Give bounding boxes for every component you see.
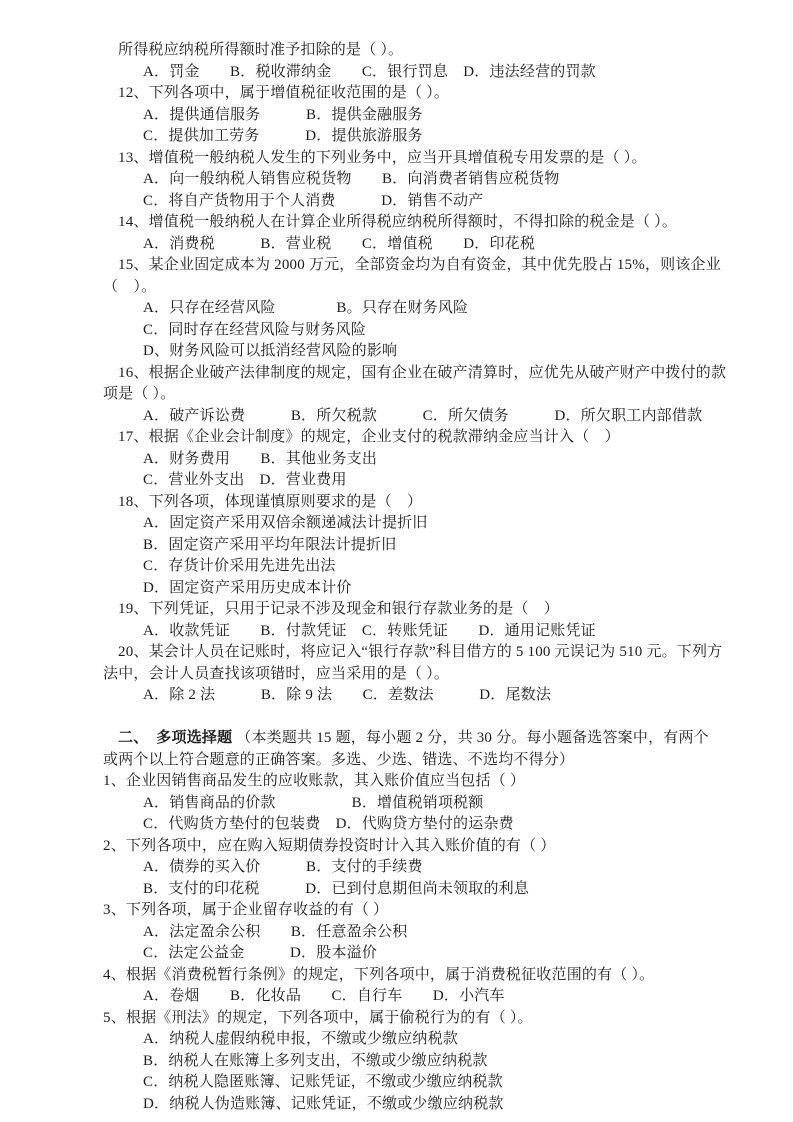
- line-text: 法中，会计人员查找该项错时，应当采用的是（ ）。: [103, 666, 449, 682]
- line-text: C．存货计价采用先进先出法: [143, 558, 336, 574]
- line-text: A．只存在经营风险 B。只存在财务风险: [143, 300, 468, 316]
- line-text: A．法定盈余公积 B．任意盈余公积: [143, 924, 407, 940]
- option-line: A．销售商品的价款 B．增值税销项税额: [103, 793, 713, 815]
- document-lines: 所得税应纳税所得额时准予扣除的是（ ）。A．罚金 B．税收滞纳金 C．银行罚息 …: [0, 0, 793, 1115]
- question-line: 14、增值税一般纳税人在计算企业所得税应纳税所得额时，不得扣除的税金是（ ）。: [103, 212, 713, 234]
- option-line: A．收款凭证 B．付款凭证 C．转账凭证 D．通用记账凭证: [103, 621, 713, 643]
- question-line: 所得税应纳税所得额时准予扣除的是（ ）。: [103, 40, 713, 62]
- line-text: 或两个以上符合题意的正确答案。多选、少选、错选、不选均不得分）: [103, 752, 574, 768]
- blank-line: [103, 707, 713, 729]
- line-text: A．向一般纳税人销售应税货物 B．向消费者销售应税货物: [143, 171, 559, 187]
- line-text: A．罚金 B．税收滞纳金 C．银行罚息 D．违法经营的罚款: [143, 64, 596, 80]
- line-text: D．固定资产采用历史成本计价: [143, 580, 352, 596]
- line-text: 所得税应纳税所得额时准予扣除的是（ ）。: [118, 42, 403, 58]
- line-text: C．法定公益金 D．股本溢价: [143, 945, 377, 961]
- line-text: C．纳税人隐匿账簿、记账凭证，不缴或少缴应纳税款: [143, 1074, 503, 1090]
- option-line: D．固定资产采用历史成本计价: [103, 578, 713, 600]
- question-line: 13、增值税一般纳税人发生的下列业务中，应当开具增值税专用发票的是（ ）。: [103, 148, 713, 170]
- option-line: A．向一般纳税人销售应税货物 B．向消费者销售应税货物: [103, 169, 713, 191]
- line-text: C．将自产货物用于个人消费 D．销售不动产: [143, 193, 483, 209]
- line-text: 20、某会计人员在记账时，将应记入“银行存款”科目借方的 5 100 元误记为 …: [118, 644, 722, 660]
- question-line: 19、下列凭证，只用于记录不涉及现金和银行存款业务的是（ ）: [103, 599, 713, 621]
- option-line: C．代购货方垫付的包装费 D．代购贷方垫付的运杂费: [103, 814, 713, 836]
- question-line: （ ）。: [103, 277, 713, 299]
- option-line: D．纳税人伪造账簿、记账凭证，不缴或少缴应纳税款: [103, 1094, 713, 1116]
- option-line: C．同时存在经营风险与财务风险: [103, 320, 713, 342]
- line-text: （本类题共 15 题，每小题 2 分，共 30 分。每小题备选答案中，有两个: [232, 730, 709, 746]
- question-line: 1、企业因销售商品发生的应收账款，其入账价值应当包括（ ）: [103, 771, 713, 793]
- option-line: B．纳税人在账簿上多列支出，不缴或少缴应纳税款: [103, 1051, 713, 1073]
- option-line: C．将自产货物用于个人消费 D．销售不动产: [103, 191, 713, 213]
- line-text: 4、根据《消费税暂行条例》的规定，下列各项中，属于消费税征收范围的有（ ）。: [103, 967, 654, 983]
- option-line: C．存货计价采用先进先出法: [103, 556, 713, 578]
- question-line: 17、根据《企业会计制度》的规定，企业支付的税款滞纳金应当计入（ ）: [103, 427, 713, 449]
- option-line: C．纳税人隐匿账簿、记账凭证，不缴或少缴应纳税款: [103, 1072, 713, 1094]
- option-line: C．法定公益金 D．股本溢价: [103, 943, 713, 965]
- line-text: 2、下列各项中，应在购入短期债券投资时计入其入账价值的有（ ）: [103, 838, 555, 854]
- line-text: C．同时存在经营风险与财务风险: [143, 322, 366, 338]
- option-line: B．支付的印花税 D．已到付息期但尚未领取的利息: [103, 879, 713, 901]
- line-text: A．除 2 法 B．除 9 法 C．差数法 D．尾数法: [143, 687, 551, 703]
- line-text: B．纳税人在账簿上多列支出，不缴或少缴应纳税款: [143, 1053, 488, 1069]
- section-heading-line: 二、 多项选择题 （本类题共 15 题，每小题 2 分，共 30 分。每小题备选…: [103, 728, 713, 750]
- option-line: D、财务风险可以抵消经营风险的影响: [103, 341, 713, 363]
- line-text: 3、下列各项，属于企业留存收益的有（ ）: [103, 902, 388, 918]
- option-line: A．卷烟 B．化妆品 C．自行车 D．小汽车: [103, 986, 713, 1008]
- line-text: 17、根据《企业会计制度》的规定，企业支付的税款滞纳金应当计入（ ）: [118, 429, 620, 445]
- line-text: 12、下列各项中，属于增值税征收范围的是（ ）。: [118, 85, 449, 101]
- line-text: 项是（ ）。: [103, 386, 175, 402]
- line-text: （ ）。: [103, 279, 156, 295]
- line-text: A．固定资产采用双倍余额递减法计提折旧: [143, 515, 428, 531]
- line-text: B．支付的印花税 D．已到付息期但尚未领取的利息: [143, 881, 529, 897]
- question-line: 或两个以上符合题意的正确答案。多选、少选、错选、不选均不得分）: [103, 750, 713, 772]
- document-page: 所得税应纳税所得额时准予扣除的是（ ）。A．罚金 B．税收滞纳金 C．银行罚息 …: [0, 0, 793, 1122]
- line-text: A．纳税人虚假纳税申报，不缴或少缴应纳税款: [143, 1031, 458, 1047]
- option-line: A．法定盈余公积 B．任意盈余公积: [103, 922, 713, 944]
- question-line: 法中，会计人员查找该项错时，应当采用的是（ ）。: [103, 664, 713, 686]
- option-line: A．固定资产采用双倍余额递减法计提折旧: [103, 513, 713, 535]
- line-text: A．消费税 B．营业税 C．增值税 D．印花税: [143, 236, 535, 252]
- line-text: 5、根据《刑法》的规定，下列各项中，属于偷税行为的有（ ）。: [103, 1010, 533, 1026]
- line-text: A．收款凭证 B．付款凭证 C．转账凭证 D．通用记账凭证: [143, 623, 596, 639]
- option-line: A．只存在经营风险 B。只存在财务风险: [103, 298, 713, 320]
- option-line: A．债券的买入价 B．支付的手续费: [103, 857, 713, 879]
- question-line: 15、某企业固定成本为 2000 万元，全部资金均为自有资金，其中优先股占 15…: [103, 255, 713, 277]
- line-text: C．提供加工劳务 D．提供旅游服务: [143, 128, 423, 144]
- option-line: A．提供通信服务 B．提供金融服务: [103, 105, 713, 127]
- line-text: A．销售商品的价款 B．增值税销项税额: [143, 795, 483, 811]
- option-line: A．破产诉讼费 B．所欠税款 C．所欠债务 D．所欠职工内部借款: [103, 406, 713, 428]
- option-line: B．固定资产采用平均年限法计提折旧: [103, 535, 713, 557]
- line-text: 14、增值税一般纳税人在计算企业所得税应纳税所得额时，不得扣除的税金是（ ）。: [118, 214, 677, 230]
- option-line: A．纳税人虚假纳税申报，不缴或少缴应纳税款: [103, 1029, 713, 1051]
- line-text: A．破产诉讼费 B．所欠税款 C．所欠债务 D．所欠职工内部借款: [143, 408, 702, 424]
- line-text: 13、增值税一般纳税人发生的下列业务中，应当开具增值税专用发票的是（ ）。: [118, 150, 647, 166]
- question-line: 12、下列各项中，属于增值税征收范围的是（ ）。: [103, 83, 713, 105]
- question-line: 20、某会计人员在记账时，将应记入“银行存款”科目借方的 5 100 元误记为 …: [103, 642, 713, 664]
- line-text: 15、某企业固定成本为 2000 万元，全部资金均为自有资金，其中优先股占 15…: [118, 257, 721, 273]
- line-text: C．营业外支出 D．营业费用: [143, 472, 347, 488]
- question-line: 5、根据《刑法》的规定，下列各项中，属于偷税行为的有（ ）。: [103, 1008, 713, 1030]
- question-line: 18、下列各项，体现谨慎原则要求的是（ ）: [103, 492, 713, 514]
- option-line: A．财务费用 B．其他业务支出: [103, 449, 713, 471]
- line-text: 16、根据企业破产法律制度的规定，国有企业在破产清算时，应优先从破产财产中拨付的…: [118, 365, 726, 381]
- line-text: 18、下列各项，体现谨慎原则要求的是（ ）: [118, 494, 422, 510]
- line-text: A．财务费用 B．其他业务支出: [143, 451, 377, 467]
- option-line: C．提供加工劳务 D．提供旅游服务: [103, 126, 713, 148]
- line-text: C．代购货方垫付的包装费 D．代购贷方垫付的运杂费: [143, 816, 514, 832]
- line-text: 1、企业因销售商品发生的应收账款，其入账价值应当包括（ ）: [103, 773, 525, 789]
- option-line: C．营业外支出 D．营业费用: [103, 470, 713, 492]
- section-heading: 二、 多项选择题: [118, 730, 232, 746]
- question-line: 项是（ ）。: [103, 384, 713, 406]
- question-line: 2、下列各项中，应在购入短期债券投资时计入其入账价值的有（ ）: [103, 836, 713, 858]
- line-text: 19、下列凭证，只用于记录不涉及现金和银行存款业务的是（ ）: [118, 601, 559, 617]
- question-line: 16、根据企业破产法律制度的规定，国有企业在破产清算时，应优先从破产财产中拨付的…: [103, 363, 713, 385]
- line-text: A．卷烟 B．化妆品 C．自行车 D．小汽车: [143, 988, 505, 1004]
- line-text: A．提供通信服务 B．提供金融服务: [143, 107, 423, 123]
- question-line: 4、根据《消费税暂行条例》的规定，下列各项中，属于消费税征收范围的有（ ）。: [103, 965, 713, 987]
- question-line: 3、下列各项，属于企业留存收益的有（ ）: [103, 900, 713, 922]
- line-text: A．债券的买入价 B．支付的手续费: [143, 859, 423, 875]
- line-text: B．固定资产采用平均年限法计提折旧: [143, 537, 396, 553]
- option-line: A．罚金 B．税收滞纳金 C．银行罚息 D．违法经营的罚款: [103, 62, 713, 84]
- line-text: D．纳税人伪造账簿、记账凭证，不缴或少缴应纳税款: [143, 1096, 504, 1112]
- option-line: A．除 2 法 B．除 9 法 C．差数法 D．尾数法: [103, 685, 713, 707]
- line-text: D、财务风险可以抵消经营风险的影响: [143, 343, 397, 359]
- option-line: A．消费税 B．营业税 C．增值税 D．印花税: [103, 234, 713, 256]
